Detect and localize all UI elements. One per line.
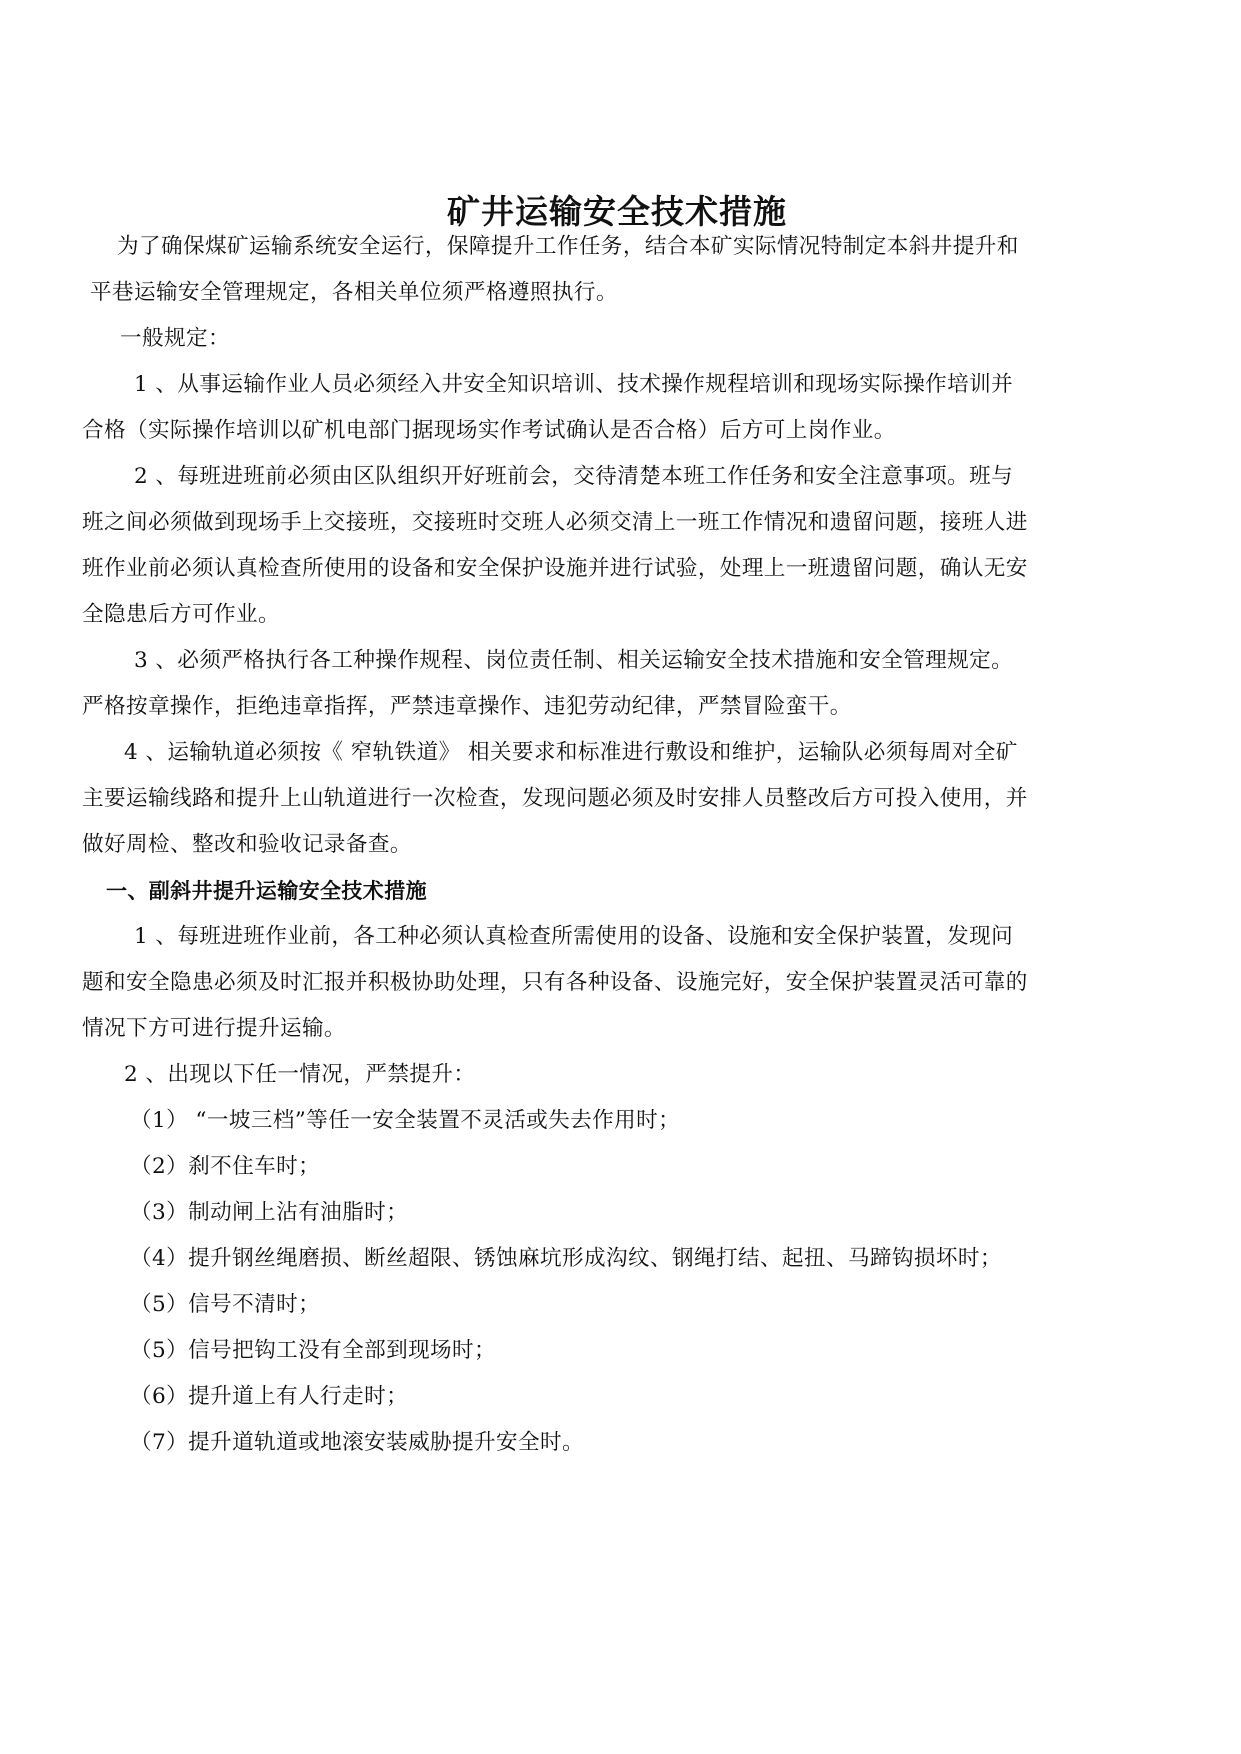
condition-5: （5）信号不清时；: [130, 1290, 320, 1320]
rule-3-line-1: 3 、必须严格执行各工种操作规程、岗位责任制、相关运输安全技术措施和安全管理规定…: [134, 646, 1013, 676]
intro-line-1: 为了确保煤矿运输系统安全运行，保障提升工作任务，结合本矿实际情况特制定本斜井提升…: [117, 232, 1019, 262]
condition-2: （2）刹不住车时；: [130, 1152, 320, 1182]
condition-4: （4）提升钢丝绳磨损、断丝超限、锈蚀麻坑形成沟纹、钢绳打结、起扭、马蹄钩损坏时；: [130, 1244, 1002, 1274]
rule-4-line-3: 做好周检、整改和验收记录备查。: [82, 830, 412, 860]
rule-2-line-3: 班作业前必须认真检查所使用的设备和安全保护设施并进行试验，处理上一班遗留问题，确…: [82, 554, 1028, 584]
condition-1: （1） “一坡三档”等任一安全装置不灵活或失去作用时；: [130, 1106, 680, 1136]
rule-2-line-4: 全隐患后方可作业。: [82, 600, 280, 630]
section-1-item-2: 2 、出现以下任一情况，严禁提升：: [124, 1060, 475, 1090]
rule-3-line-2: 严格按章操作，拒绝违章指挥，严禁违章操作、违犯劳动纪律，严禁冒险蛮干。: [82, 692, 852, 722]
condition-5b: （5）信号把钩工没有全部到现场时；: [130, 1336, 496, 1366]
rule-4-line-1: 4 、运输轨道必须按《 窄轨铁道》 相关要求和标准进行敷设和维护，运输队必须每周…: [124, 738, 1018, 768]
general-heading: 一般规定：: [120, 324, 230, 354]
condition-7: （7）提升道轨道或地滚安装威胁提升安全时。: [130, 1428, 584, 1458]
intro-line-2: 平巷运输安全管理规定，各相关单位须严格遵照执行。: [90, 278, 618, 308]
condition-6: （6）提升道上有人行走时；: [130, 1382, 408, 1412]
document-title: 矿井运输安全技术措施: [82, 192, 1152, 232]
rule-2-line-1: 2 、每班进班前必须由区队组织开好班前会，交待清楚本班工作任务和安全注意事项。班…: [134, 462, 1013, 492]
section-1-item-1-line-2: 题和安全隐患必须及时汇报并积极协助处理，只有各种设备、设施完好，安全保护装置灵活…: [82, 968, 1028, 998]
rule-4-line-2: 主要运输线路和提升上山轨道进行一次检查，发现问题必须及时安排人员整改后方可投入使…: [82, 784, 1028, 814]
section-1-item-1-line-3: 情况下方可进行提升运输。: [82, 1014, 346, 1044]
section-1-heading: 一、副斜井提升运输安全技术措施: [106, 876, 427, 906]
rule-2-line-2: 班之间必须做到现场手上交接班，交接班时交班人必须交清上一班工作情况和遗留问题，接…: [82, 508, 1028, 538]
condition-3: （3）制动闸上沾有油脂时；: [130, 1198, 408, 1228]
rule-1-line-2: 合格（实际操作培训以矿机电部门据现场实作考试确认是否合格）后方可上岗作业。: [82, 416, 896, 446]
section-1-item-1-line-1: 1 、每班进班作业前，各工种必须认真检查所需使用的设备、设施和安全保护装置，发现…: [134, 922, 1013, 952]
rule-1-line-1: 1 、从事运输作业人员必须经入井安全知识培训、技术操作规程培训和现场实际操作培训…: [134, 370, 1013, 400]
